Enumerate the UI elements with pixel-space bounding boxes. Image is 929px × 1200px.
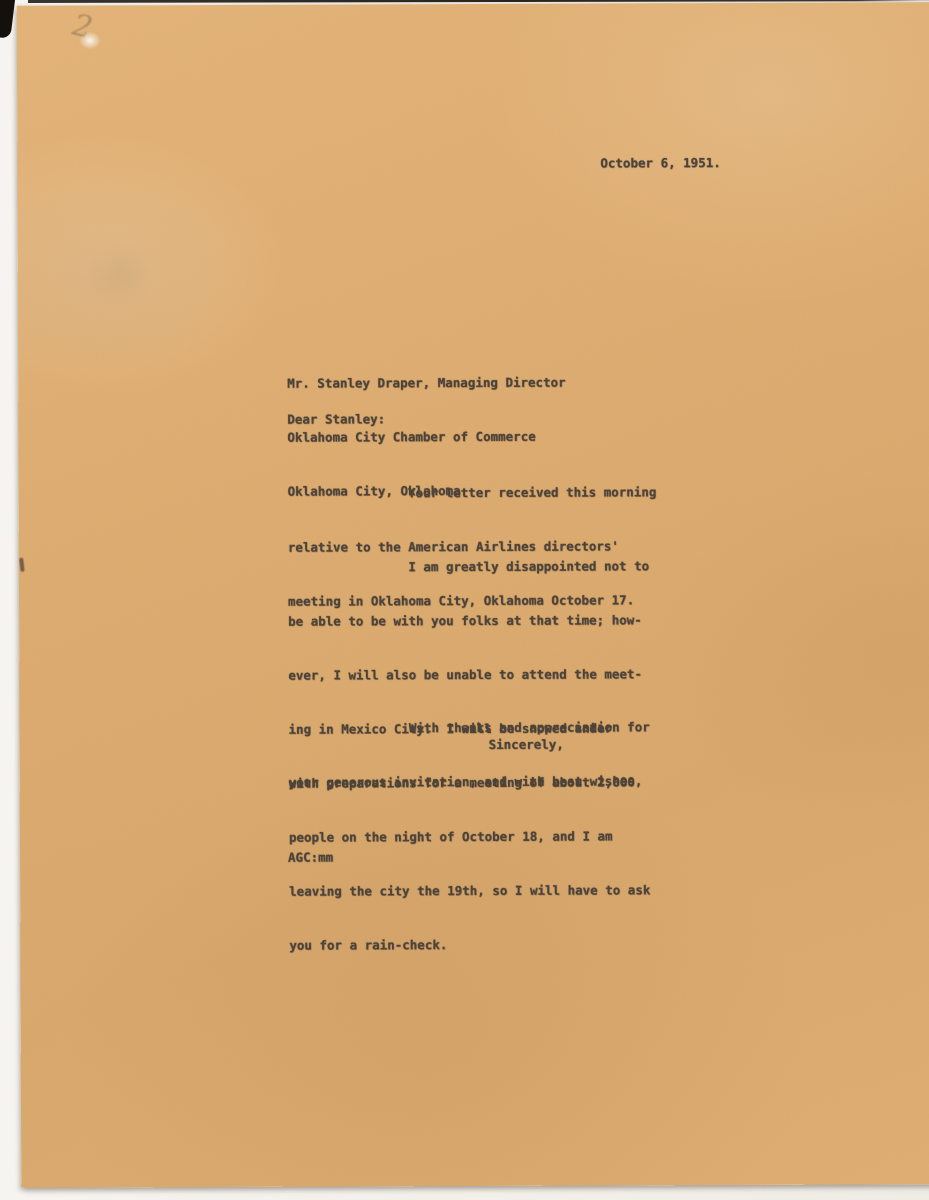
- paragraph-line: leaving the city the 19th, so I will hav…: [289, 881, 650, 900]
- paragraph-line: With thanks and appreciation for: [288, 718, 649, 737]
- paragraph-line: I am greatly disappointed not to: [288, 557, 649, 576]
- scan-corner-top-left: [0, 0, 16, 39]
- paragraph-line: your generous invitation, and with best …: [289, 772, 650, 791]
- paragraph-line: be able to be with you folks at that tim…: [288, 611, 649, 630]
- body-paragraph-3: With thanks and appreciation for your ge…: [288, 682, 650, 827]
- letter-date: October 6, 1951.: [600, 154, 720, 172]
- recipient-name-line: Mr. Stanley Draper, Managing Director: [287, 374, 566, 393]
- salutation: Dear Stanley:: [287, 410, 385, 428]
- reference-initials: AGC:mm: [288, 849, 333, 867]
- paragraph-line: people on the night of October 18, and I…: [289, 827, 650, 846]
- paragraph-line: Your letter received this morning: [288, 483, 657, 502]
- paper-edge-mark: [19, 558, 24, 572]
- letter-paper: 2 October 6, 1951. Mr. Stanley Draper, M…: [17, 2, 929, 1188]
- closing-sincerely: Sincerely,: [489, 736, 564, 754]
- paragraph-line: you for a rain-check.: [289, 935, 650, 954]
- paper-damage-spot: [79, 31, 101, 49]
- recipient-org-line: Oklahoma City Chamber of Commerce: [287, 428, 566, 447]
- paper-smudge: [84, 243, 154, 303]
